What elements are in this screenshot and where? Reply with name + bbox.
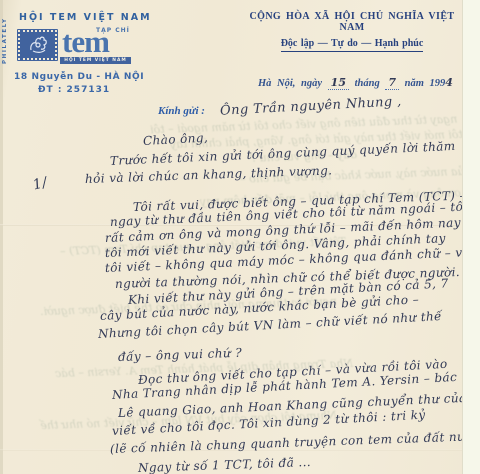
philately-label: PHILATELY bbox=[2, 26, 12, 64]
letter-line: Ngay từ số 1 TCT, tôi đã ... bbox=[138, 455, 311, 474]
scanner-background-strip bbox=[462, 0, 480, 474]
salutation-label: Kính gửi : bbox=[158, 105, 205, 117]
national-motto-line1: CỘNG HÒA XÃ HỘI CHỦ NGHĨA VIỆT NAM bbox=[238, 11, 466, 33]
page-number-mark: 1/ bbox=[31, 174, 49, 193]
stamp-icon bbox=[17, 29, 58, 61]
date-mid2: năm 199 bbox=[405, 78, 446, 89]
date-mid1: tháng bbox=[355, 78, 380, 89]
tem-wordmark: tem bbox=[62, 29, 109, 55]
date-line: Hà Nội, ngày 15 tháng 7 năm 1994 bbox=[258, 76, 453, 89]
national-header: CỘNG HÒA XÃ HỘI CHỦ NGHĨA VIỆT NAM Độc l… bbox=[238, 11, 466, 52]
date-day-slot: 15 bbox=[328, 78, 349, 90]
tem-wordmark-bar: HỘI TEM VIỆT NAM bbox=[60, 57, 131, 64]
scan-left-edge bbox=[0, 0, 3, 474]
letter-scan-page: ngay từ thư đầu tiên ông viết cho tôi từ… bbox=[0, 0, 480, 474]
stamp-emblem-icon bbox=[25, 35, 51, 55]
date-month-slot: 7 bbox=[385, 78, 399, 90]
date-year-handwritten: 4 bbox=[445, 76, 453, 89]
letterhead-phone: ĐT : 257131 bbox=[38, 85, 110, 95]
letterhead-address: 18 Nguyễn Du - HÀ NỘI bbox=[14, 72, 144, 82]
letterhead-org-name: HỘI TEM VIỆT NAM bbox=[19, 12, 152, 23]
date-day-handwritten: 15 bbox=[331, 76, 346, 89]
national-motto-line2: Độc lập — Tự do — Hạnh phúc bbox=[281, 38, 424, 52]
date-prefix: Hà Nội, ngày bbox=[258, 78, 322, 89]
date-month-handwritten: 7 bbox=[388, 76, 396, 89]
